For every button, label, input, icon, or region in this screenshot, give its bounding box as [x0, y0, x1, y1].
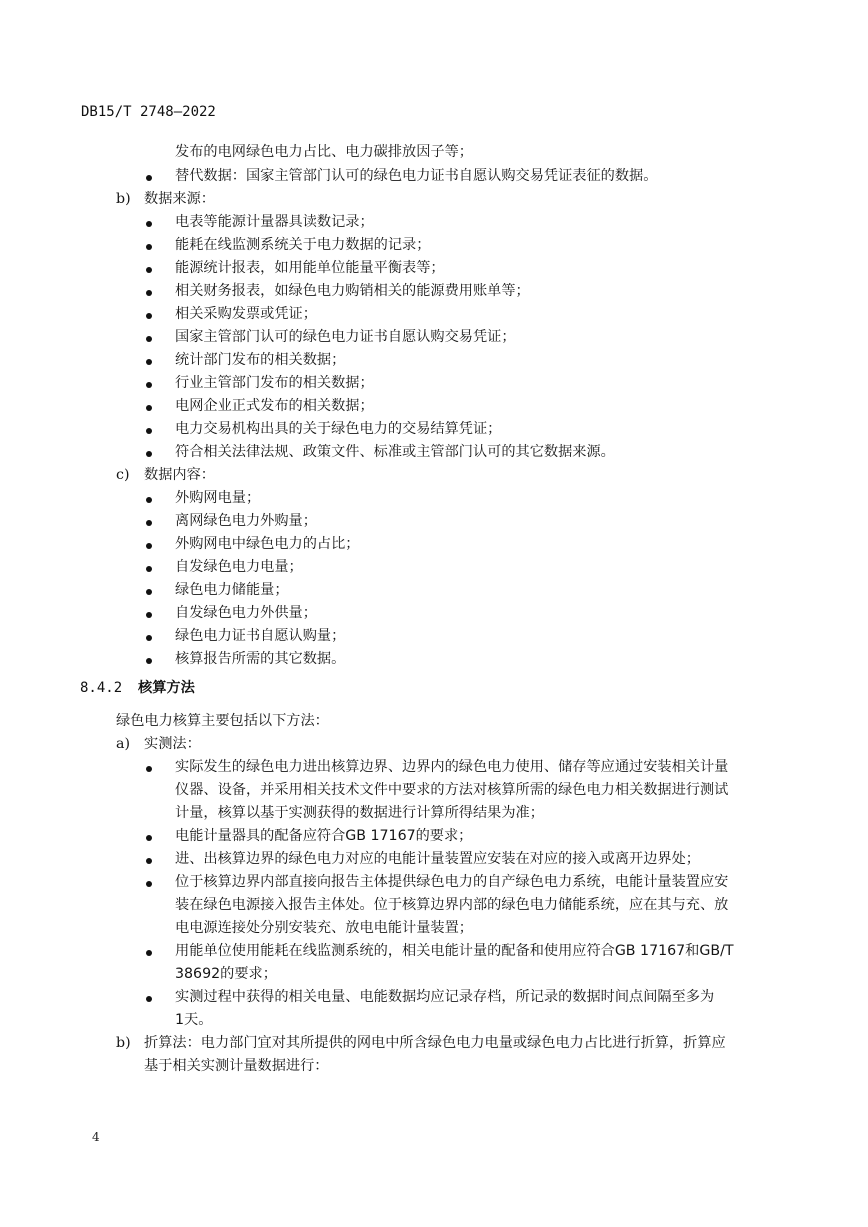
- paragraph-line: 位于核算边界内部直接向报告主体提供绿色电力的自产绿色电力系统，电能计量装置应安: [175, 872, 728, 892]
- bullet-icon: [146, 996, 152, 1002]
- bullet-icon: [146, 658, 152, 664]
- paragraph-line: 基于相关实测计量数据进行：: [144, 1056, 328, 1076]
- list-item: 符合相关法律法规、政策文件、标准或主管部门认可的其它数据来源。: [175, 442, 615, 462]
- continuation-bullet: 替代数据：国家主管部门认可的绿色电力证书自愿认购交易凭证表征的数据。: [175, 166, 657, 186]
- section-number: 8.4.2: [80, 678, 122, 698]
- bullet-icon: [146, 566, 152, 572]
- bullet-icon: [146, 589, 152, 595]
- list-item: 外购网电中绿色电力的占比；: [175, 534, 359, 554]
- list-item: 电力交易机构出具的关于绿色电力的交易结算凭证；: [175, 419, 501, 439]
- paragraph-line: 电电源连接处分别安装充、放电电能计量装置；: [175, 918, 473, 938]
- bullet-icon: [146, 497, 152, 503]
- paragraph-line: 38692的要求；: [175, 964, 277, 984]
- list-item: 自发绿色电力外供量；: [175, 603, 317, 623]
- bullet-icon: [146, 175, 152, 181]
- section-b-title: 数据来源：: [144, 189, 215, 209]
- list-item: 自发绿色电力电量；: [175, 557, 303, 577]
- list-marker-c: c): [116, 465, 129, 485]
- bullet-icon: [146, 290, 152, 296]
- list-item: 离网绿色电力外购量；: [175, 511, 317, 531]
- list-marker-b: b): [116, 189, 131, 209]
- paragraph-line: 计量，核算以基于实测获得的数据进行计算所得结果为准；: [175, 803, 544, 823]
- bullet-icon: [146, 858, 152, 864]
- list-item: 相关财务报表，如绿色电力购销相关的能源费用账单等；: [175, 281, 530, 301]
- bullet-icon: [146, 428, 152, 434]
- bullet-icon: [146, 612, 152, 618]
- paragraph-line: 实测过程中获得的相关电量、电能数据均应记录存档，所记录的数据时间点间隔至多为: [175, 987, 714, 1007]
- list-item: 核算报告所需的其它数据。: [175, 649, 345, 669]
- bullet-icon: [146, 451, 152, 457]
- list-marker-a: a): [116, 734, 130, 754]
- section-c-title: 数据内容：: [144, 465, 215, 485]
- list-item: 统计部门发布的相关数据；: [175, 350, 345, 370]
- paragraph-line: 实际发生的绿色电力进出核算边界、边界内的绿色电力使用、储存等应通过安装相关计量: [175, 757, 728, 777]
- list-item: 绿色电力证书自愿认购量；: [175, 626, 345, 646]
- bullet-icon: [146, 766, 152, 772]
- list-item: 电网企业正式发布的相关数据；: [175, 396, 374, 416]
- list-item: 绿色电力储能量；: [175, 580, 289, 600]
- list-item: 外购网电量；: [175, 488, 260, 508]
- paragraph-line: 装在绿色电源接入报告主体处。位于核算边界内部的绿色电力储能系统，应在其与充、放: [175, 895, 728, 915]
- method-a-title: 实测法：: [144, 734, 201, 754]
- bullet-icon: [146, 313, 152, 319]
- paragraph-line: 仪器、设备，并采用相关技术文件中要求的方法对核算所需的绿色电力相关数据进行测试: [175, 780, 728, 800]
- list-item: 行业主管部门发布的相关数据；: [175, 373, 374, 393]
- paragraph-line: 电能计量器具的配备应符合GB 17167的要求；: [175, 826, 472, 846]
- bullet-icon: [146, 950, 152, 956]
- list-item: 能耗在线监测系统关于电力数据的记录；: [175, 235, 430, 255]
- paragraph-line: 1天。: [175, 1010, 212, 1030]
- list-item: 电表等能源计量器具读数记录；: [175, 212, 374, 232]
- list-item: 相关采购发票或凭证；: [175, 304, 317, 324]
- paragraph-line: 用能单位使用能耗在线监测系统的，相关电能计量的配备和使用应符合GB 17167和…: [175, 941, 734, 961]
- bullet-icon: [146, 267, 152, 273]
- bullet-icon: [146, 405, 152, 411]
- bullet-icon: [146, 336, 152, 342]
- bullet-icon: [146, 221, 152, 227]
- standard-code: DB15/T 2748—2022: [81, 104, 216, 120]
- continuation-line: 发布的电网绿色电力占比、电力碳排放因子等；: [175, 142, 473, 162]
- list-marker-b2: b): [116, 1033, 131, 1053]
- list-item: 国家主管部门认可的绿色电力证书自愿认购交易凭证；: [175, 327, 516, 347]
- paragraph-line: 折算法：电力部门宜对其所提供的网电中所含绿色电力电量或绿色电力占比进行折算，折算…: [144, 1033, 726, 1053]
- bullet-icon: [146, 359, 152, 365]
- bullet-icon: [146, 635, 152, 641]
- page-number: 4: [92, 1130, 100, 1144]
- methods-intro: 绿色电力核算主要包括以下方法：: [116, 711, 329, 731]
- list-item: 能源统计报表，如用能单位能量平衡表等；: [175, 258, 445, 278]
- bullet-icon: [146, 382, 152, 388]
- paragraph-line: 进、出核算边界的绿色电力对应的电能计量装置应安装在对应的接入或离开边界处；: [175, 849, 700, 869]
- bullet-icon: [146, 244, 152, 250]
- bullet-icon: [146, 881, 152, 887]
- document-page: DB15/T 2748—2022 发布的电网绿色电力占比、电力碳排放因子等； 替…: [0, 0, 868, 1227]
- section-title: 核算方法: [138, 678, 195, 698]
- bullet-icon: [146, 835, 152, 841]
- bullet-icon: [146, 543, 152, 549]
- bullet-icon: [146, 520, 152, 526]
